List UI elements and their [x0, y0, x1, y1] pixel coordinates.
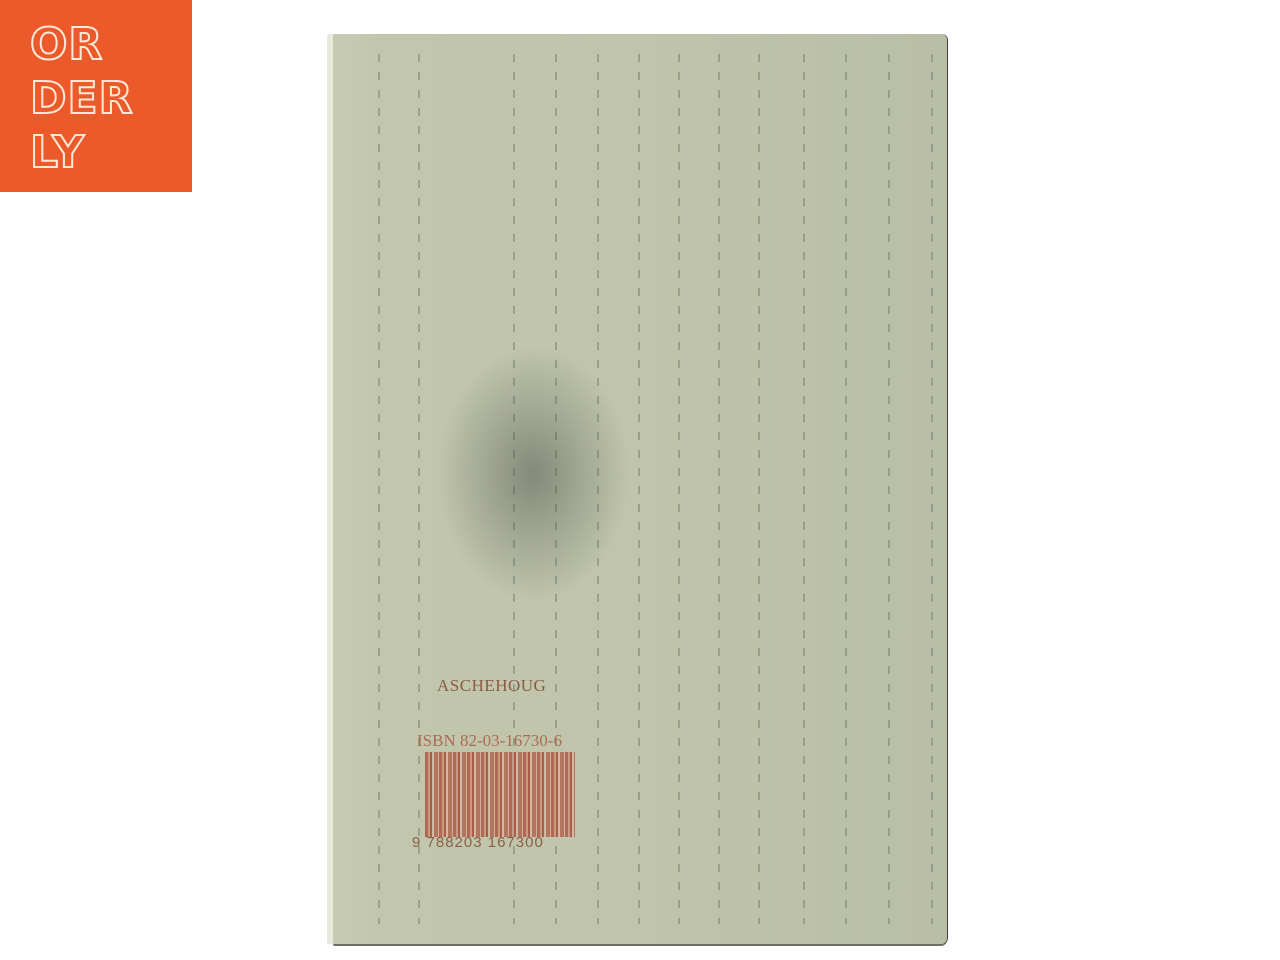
- barcode: [425, 752, 575, 837]
- orderly-logo: OR DER LY: [0, 0, 192, 192]
- handwriting-line: [718, 54, 720, 924]
- handwriting-line: [931, 54, 933, 924]
- publisher-name: ASCHEHOUG: [437, 676, 546, 696]
- isbn-text: ISBN 82-03-16730-6: [417, 731, 562, 751]
- handwriting-line: [888, 54, 890, 924]
- ean-number: 9 788203 167300: [412, 834, 544, 851]
- handwriting-line: [418, 54, 420, 924]
- logo-line-3: LY: [30, 126, 133, 180]
- handwriting-line: [678, 54, 680, 924]
- handwriting-line: [597, 54, 599, 924]
- logo-wordmark: OR DER LY: [30, 18, 133, 180]
- handwriting-line: [803, 54, 805, 924]
- handwriting-line: [845, 54, 847, 924]
- logo-line-1: OR: [30, 18, 133, 72]
- logo-line-2: DER: [30, 72, 133, 126]
- handwriting-line: [378, 54, 380, 924]
- handwriting-line: [758, 54, 760, 924]
- handwriting-line: [638, 54, 640, 924]
